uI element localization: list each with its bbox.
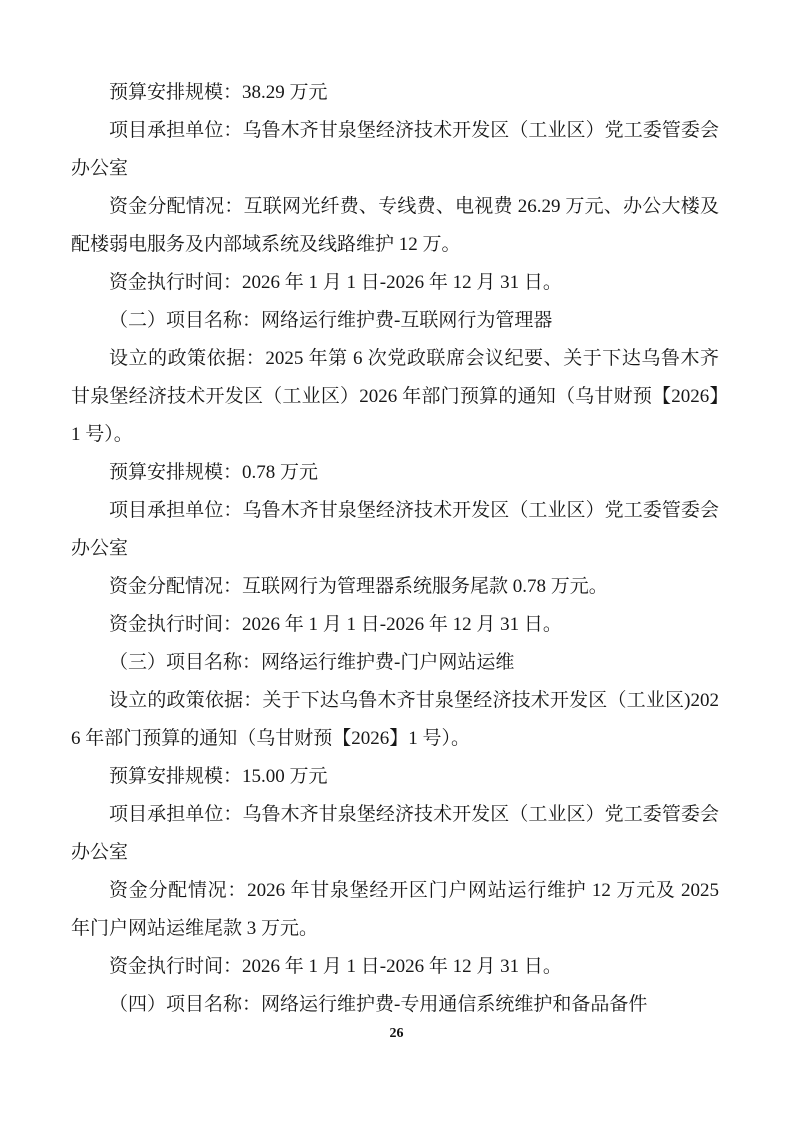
page-footer: 26: [0, 1024, 793, 1042]
paragraph-project-name-4: （四）项目名称：网络运行维护费-专用通信系统维护和备品备件: [71, 986, 719, 1024]
paragraph-undertaking-unit-2: 项目承担单位：乌鲁木齐甘泉堡经济技术开发区（工业区）党工委管委会办公室: [71, 492, 719, 568]
paragraph-undertaking-unit-1: 项目承担单位：乌鲁木齐甘泉堡经济技术开发区（工业区）党工委管委会办公室: [71, 112, 719, 188]
page-number: 26: [390, 1026, 404, 1041]
paragraph-execution-time-2: 资金执行时间：2026 年 1 月 1 日-2026 年 12 月 31 日。: [71, 606, 719, 644]
paragraph-fund-allocation-1: 资金分配情况：互联网光纤费、专线费、电视费 26.29 万元、办公大楼及配楼弱电…: [71, 188, 719, 264]
paragraph-budget-scale-1: 预算安排规模：38.29 万元: [71, 74, 719, 112]
document-body: 预算安排规模：38.29 万元 项目承担单位：乌鲁木齐甘泉堡经济技术开发区（工业…: [71, 74, 719, 1024]
paragraph-fund-allocation-3: 资金分配情况：2026 年甘泉堡经开区门户网站运行维护 12 万元及 2025 …: [71, 872, 719, 948]
paragraph-budget-scale-3: 预算安排规模：15.00 万元: [71, 758, 719, 796]
paragraph-policy-basis-3: 设立的政策依据：关于下达乌鲁木齐甘泉堡经济技术开发区（工业区)2026 年部门预…: [71, 682, 719, 758]
document-page: 预算安排规模：38.29 万元 项目承担单位：乌鲁木齐甘泉堡经济技术开发区（工业…: [0, 0, 793, 1122]
paragraph-undertaking-unit-3: 项目承担单位：乌鲁木齐甘泉堡经济技术开发区（工业区）党工委管委会办公室: [71, 796, 719, 872]
paragraph-policy-basis-2: 设立的政策依据：2025 年第 6 次党政联席会议纪要、关于下达乌鲁木齐甘泉堡经…: [71, 340, 719, 454]
paragraph-project-name-2: （二）项目名称：网络运行维护费-互联网行为管理器: [71, 302, 719, 340]
paragraph-fund-allocation-2: 资金分配情况：互联网行为管理器系统服务尾款 0.78 万元。: [71, 568, 719, 606]
paragraph-budget-scale-2: 预算安排规模：0.78 万元: [71, 454, 719, 492]
paragraph-project-name-3: （三）项目名称：网络运行维护费-门户网站运维: [71, 644, 719, 682]
paragraph-execution-time-3: 资金执行时间：2026 年 1 月 1 日-2026 年 12 月 31 日。: [71, 948, 719, 986]
paragraph-execution-time-1: 资金执行时间：2026 年 1 月 1 日-2026 年 12 月 31 日。: [71, 264, 719, 302]
